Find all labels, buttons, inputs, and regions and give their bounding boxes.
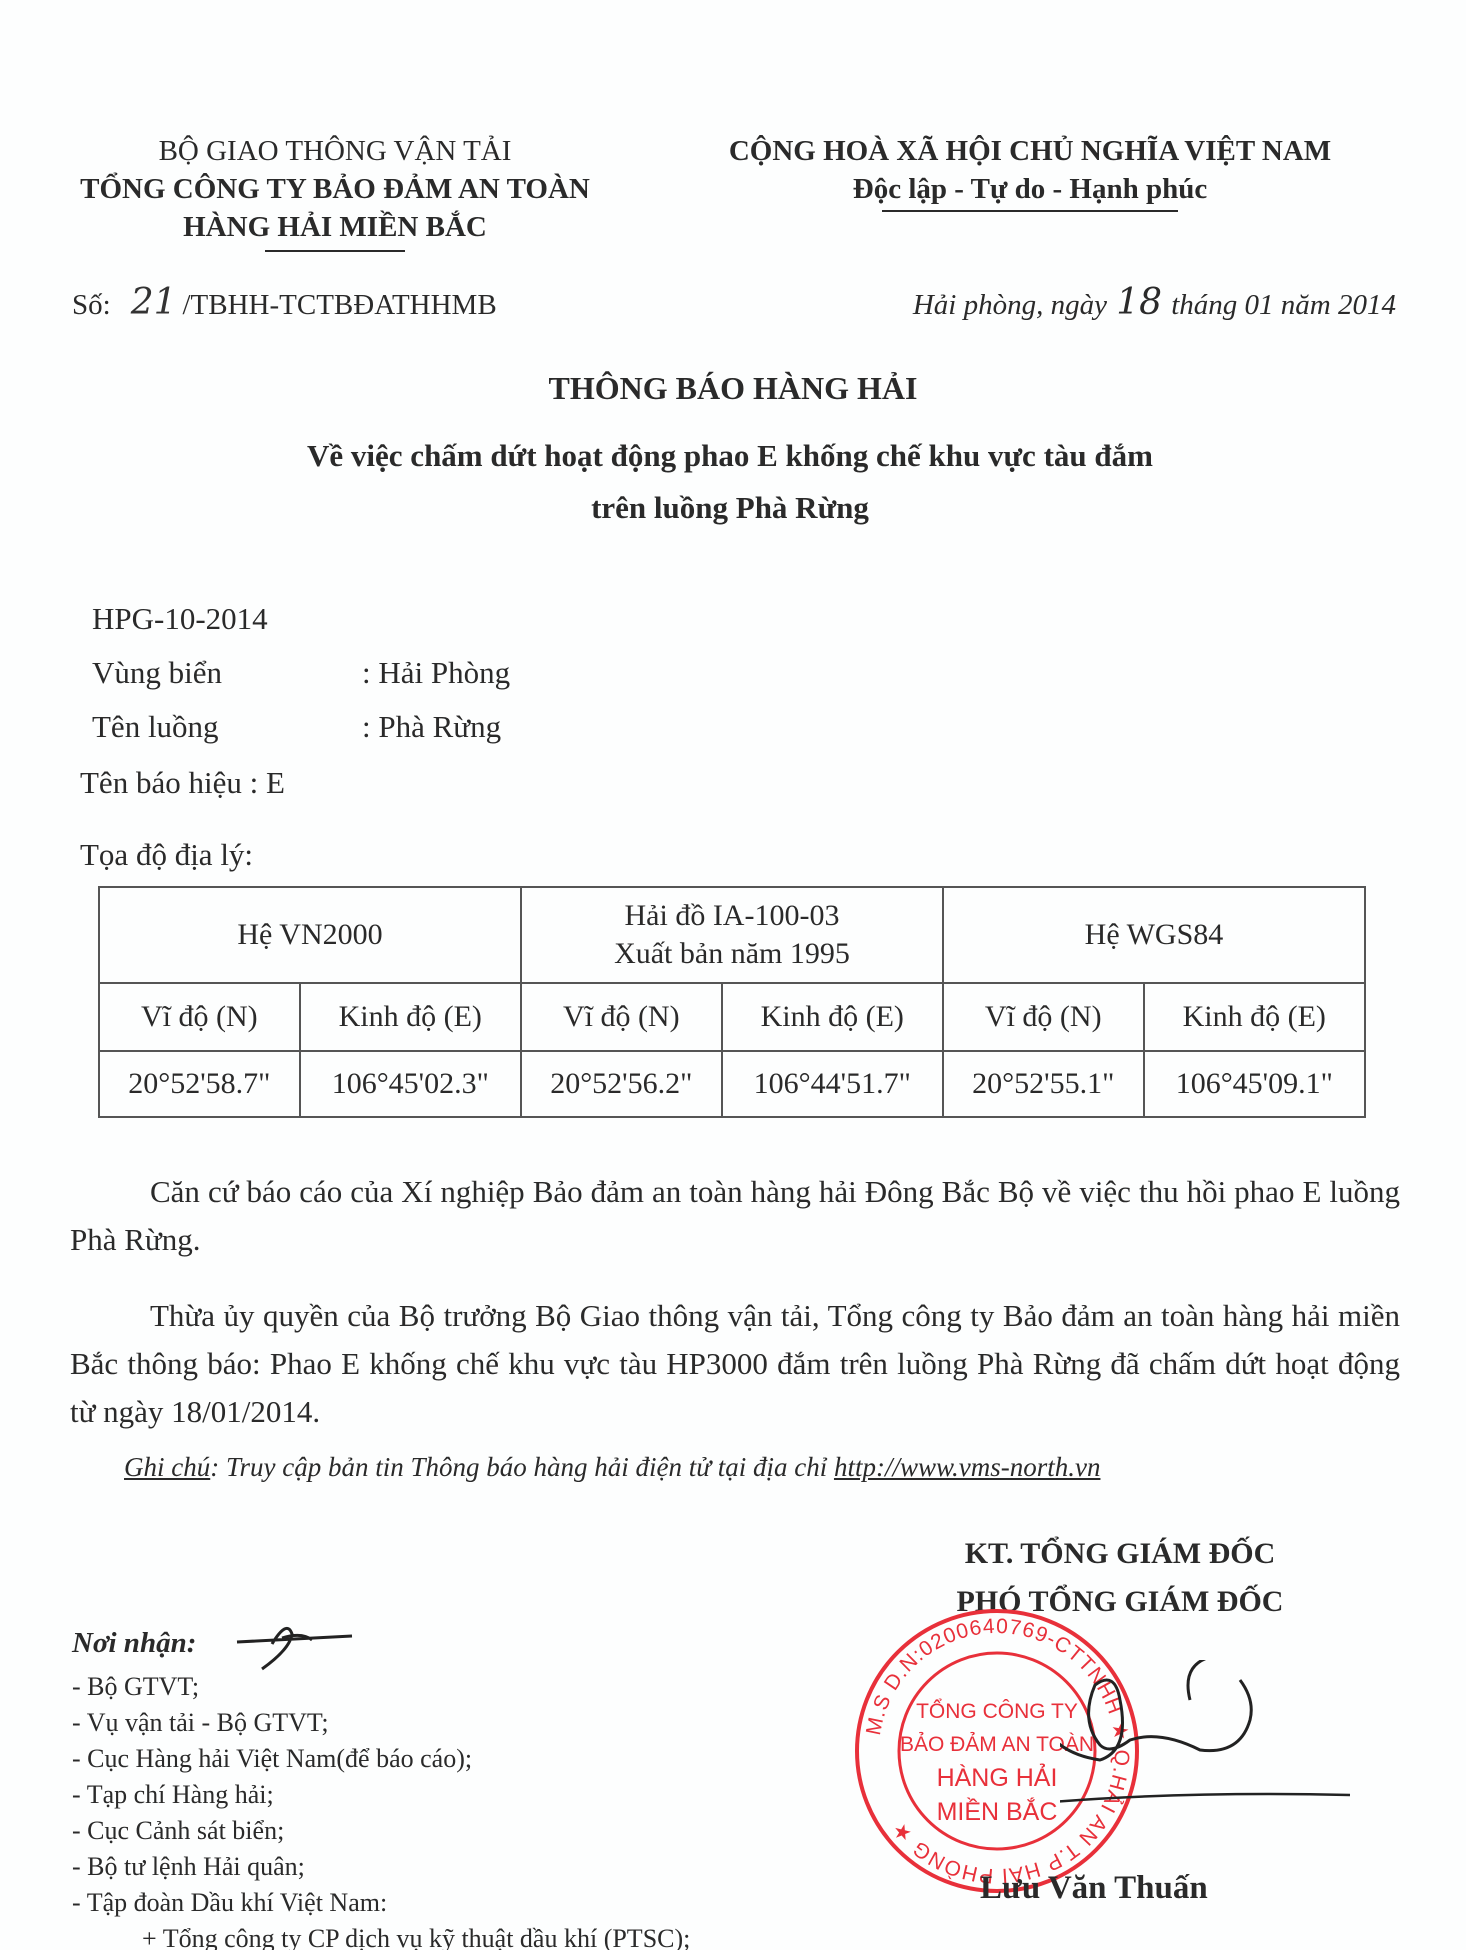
signal-name: Tên báo hiệu : E — [80, 765, 285, 801]
notice-code: HPG-10-2014 — [92, 592, 510, 646]
national-header: CỘNG HOÀ XÃ HỘI CHỦ NGHĨA VIỆT NAM Độc l… — [660, 132, 1400, 212]
ministry-name: BỘ GIAO THÔNG VẬN TẢI — [40, 132, 630, 170]
subtitle-line-2: trên luồng Phà Rừng — [180, 482, 1280, 534]
table-cell: 106°45'09.1" — [1144, 1051, 1365, 1117]
recipient-item: - Vụ vận tải - Bộ GTVT; — [72, 1705, 690, 1741]
recipients-heading: Nơi nhận: — [72, 1625, 690, 1661]
recipients-list: Nơi nhận: - Bộ GTVT; - Vụ vận tải - Bộ G… — [72, 1625, 690, 1950]
number-code: /TBHH-TCTBĐATHHMB — [183, 289, 497, 321]
date-suffix: tháng 01 năm 2014 — [1171, 289, 1396, 321]
header-underline — [265, 250, 405, 252]
number-label: Số: — [72, 289, 111, 321]
info-label: Tên luồng — [92, 700, 362, 754]
document-date: Hải phòng, ngày 18 tháng 01 năm 2014 — [913, 282, 1396, 323]
initials-scribble-icon — [232, 1614, 362, 1674]
table-cell: 20°52'58.7" — [99, 1051, 300, 1117]
group-header-vn2000: Hệ VN2000 — [99, 887, 521, 983]
table-cell: 20°52'56.2" — [521, 1051, 722, 1117]
coordinates-label: Tọa độ địa lý: — [80, 837, 253, 873]
recipient-item: - Cục Cảnh sát biển; — [72, 1813, 690, 1849]
info-value: : Hải Phòng — [362, 646, 510, 700]
recipient-item: - Tập đoàn Dầu khí Việt Nam: — [72, 1885, 690, 1921]
svg-text:MIỀN BẮC: MIỀN BẮC — [937, 1796, 1058, 1826]
website-link[interactable]: http://www.vms-north.vn — [834, 1452, 1101, 1482]
notice-info: HPG-10-2014 Vùng biển : Hải Phòng Tên lu… — [92, 592, 510, 754]
recipient-item: - Cục Hàng hải Việt Nam(để báo cáo); — [72, 1741, 690, 1777]
document-number: Số:21/TBHH-TCTBĐATHHMB — [72, 282, 497, 323]
note-line: Ghi chú: Truy cập bản tin Thông báo hàng… — [124, 1452, 1100, 1483]
info-label: Vùng biển — [92, 646, 362, 700]
subtitle-line-1: Về việc chấm dứt hoạt động phao E khống … — [180, 430, 1280, 482]
recipient-item: - Bộ GTVT; — [72, 1669, 690, 1705]
issuer-header: BỘ GIAO THÔNG VẬN TẢI TỔNG CÔNG TY BẢO Đ… — [40, 132, 630, 252]
motto-underline — [882, 210, 1178, 212]
document-title: THÔNG BÁO HÀNG HẢI — [0, 370, 1466, 407]
info-row: Vùng biển : Hải Phòng — [92, 646, 510, 700]
table-cell: 106°44'51.7" — [722, 1051, 943, 1117]
body-paragraph-2: Thừa ủy quyền của Bộ trưởng Bộ Giao thôn… — [70, 1292, 1400, 1436]
table-row: 20°52'58.7" 106°45'02.3" 20°52'56.2" 106… — [99, 1051, 1365, 1117]
note-label: Ghi chú — [124, 1452, 210, 1482]
table-cell: 20°52'55.1" — [943, 1051, 1144, 1117]
country-name: CỘNG HOÀ XÃ HỘI CHỦ NGHĨA VIỆT NAM — [660, 132, 1400, 170]
svg-text:HÀNG HẢI: HÀNG HẢI — [937, 1762, 1058, 1792]
note-text: : Truy cập bản tin Thông báo hàng hải đi… — [210, 1452, 834, 1482]
date-prefix: Hải phòng, ngày — [913, 289, 1107, 321]
document-subtitle: Về việc chấm dứt hoạt động phao E khống … — [180, 430, 1280, 534]
column-header: Kinh độ (E) — [722, 983, 943, 1051]
recipient-item: - Tạp chí Hàng hải; — [72, 1777, 690, 1813]
org-name-line1: TỔNG CÔNG TY BẢO ĐẢM AN TOÀN — [40, 170, 630, 208]
group-header-chart: Hải đồ IA-100-03Xuất bản năm 1995 — [521, 887, 943, 983]
info-value: : Phà Rừng — [362, 700, 501, 754]
column-header: Vĩ độ (N) — [521, 983, 722, 1051]
table-group-header-row: Hệ VN2000 Hải đồ IA-100-03Xuất bản năm 1… — [99, 887, 1365, 983]
recipient-item: - Bộ tư lệnh Hải quân; — [72, 1849, 690, 1885]
table-column-header-row: Vĩ độ (N) Kinh độ (E) Vĩ độ (N) Kinh độ … — [99, 983, 1365, 1051]
column-header: Kinh độ (E) — [1144, 983, 1365, 1051]
body-paragraph-1: Căn cứ báo cáo của Xí nghiệp Bảo đảm an … — [70, 1168, 1400, 1264]
signature-icon — [1060, 1660, 1360, 1860]
org-name-line2: HÀNG HẢI MIỀN BẮC — [40, 208, 630, 246]
svg-text:TỔNG CÔNG TY: TỔNG CÔNG TY — [916, 1699, 1078, 1723]
handwritten-number: 21 — [131, 282, 177, 323]
column-header: Kinh độ (E) — [300, 983, 521, 1051]
signer-name: Lưu Văn Thuấn — [980, 1870, 1208, 1907]
info-row: Tên luồng : Phà Rừng — [92, 700, 510, 754]
column-header: Vĩ độ (N) — [99, 983, 300, 1051]
coordinates-table: Hệ VN2000 Hải đồ IA-100-03Xuất bản năm 1… — [98, 886, 1366, 1118]
national-motto: Độc lập - Tự do - Hạnh phúc — [660, 170, 1400, 208]
table-cell: 106°45'02.3" — [300, 1051, 521, 1117]
group-header-wgs84: Hệ WGS84 — [943, 887, 1365, 983]
signer-title-line1: KT. TỔNG GIÁM ĐỐC — [900, 1530, 1340, 1578]
column-header: Vĩ độ (N) — [943, 983, 1144, 1051]
recipient-sub-item: + Tổng công ty CP dịch vụ kỹ thuật dầu k… — [72, 1921, 690, 1950]
handwritten-day: 18 — [1116, 282, 1162, 323]
